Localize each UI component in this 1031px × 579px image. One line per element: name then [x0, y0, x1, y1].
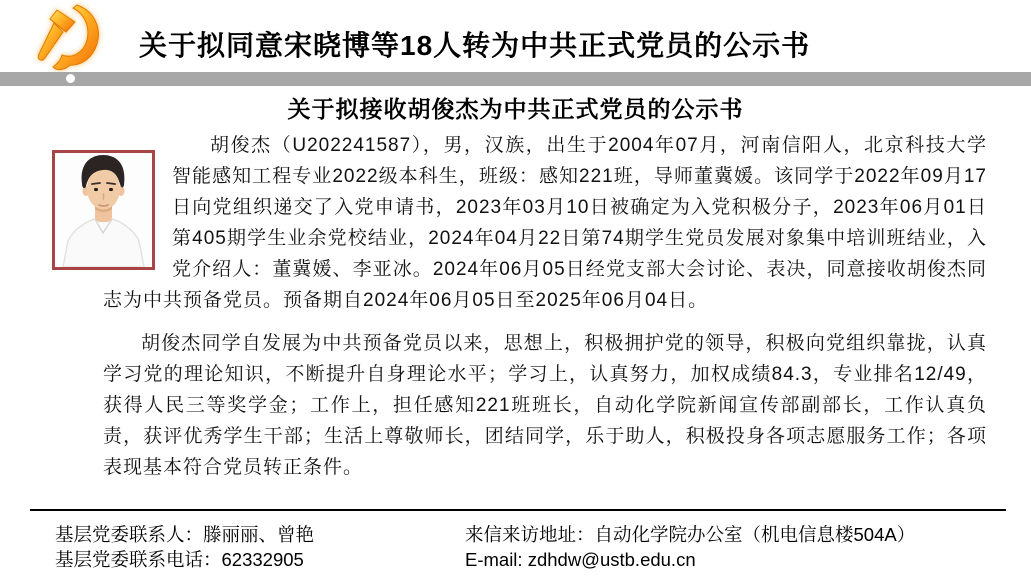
header-banner-title: 关于拟同意宋晓博等18人转为中共正式党员的公示书: [139, 24, 810, 64]
contact-phone-line: 基层党委联系电话：62332905: [55, 547, 314, 572]
page-title: 关于拟接收胡俊杰为中共正式党员的公示书: [0, 91, 1031, 124]
contact-email-line: E-mail: zdhdw@ustb.edu.cn: [465, 547, 915, 572]
notice-paragraph-2: 胡俊杰同学自发展为中共预备党员以来，思想上，积极拥护党的领导，积极向党组织靠拢，…: [103, 328, 987, 483]
header-divider-bar: [0, 72, 1031, 86]
notice-paragraph-1: 胡俊杰（U202241587），男，汉族，出生于2004年07月，河南信阳人，北…: [103, 130, 987, 316]
student-photo: [52, 150, 155, 270]
footer-divider-line: [30, 509, 1006, 511]
contact-address-line: 来信来访地址：自动化学院办公室（机电信息楼504A）: [465, 522, 915, 547]
divider-dot: [66, 74, 75, 83]
footer-contact-right: 来信来访地址：自动化学院办公室（机电信息楼504A） E-mail: zdhdw…: [465, 522, 915, 572]
contact-person-line: 基层党委联系人：滕丽丽、曾艳: [55, 522, 314, 547]
notice-body: 胡俊杰（U202241587），男，汉族，出生于2004年07月，河南信阳人，北…: [103, 130, 987, 495]
footer-contact-left: 基层党委联系人：滕丽丽、曾艳 基层党委联系电话：62332905: [55, 522, 314, 572]
party-emblem-icon: [30, 1, 104, 75]
